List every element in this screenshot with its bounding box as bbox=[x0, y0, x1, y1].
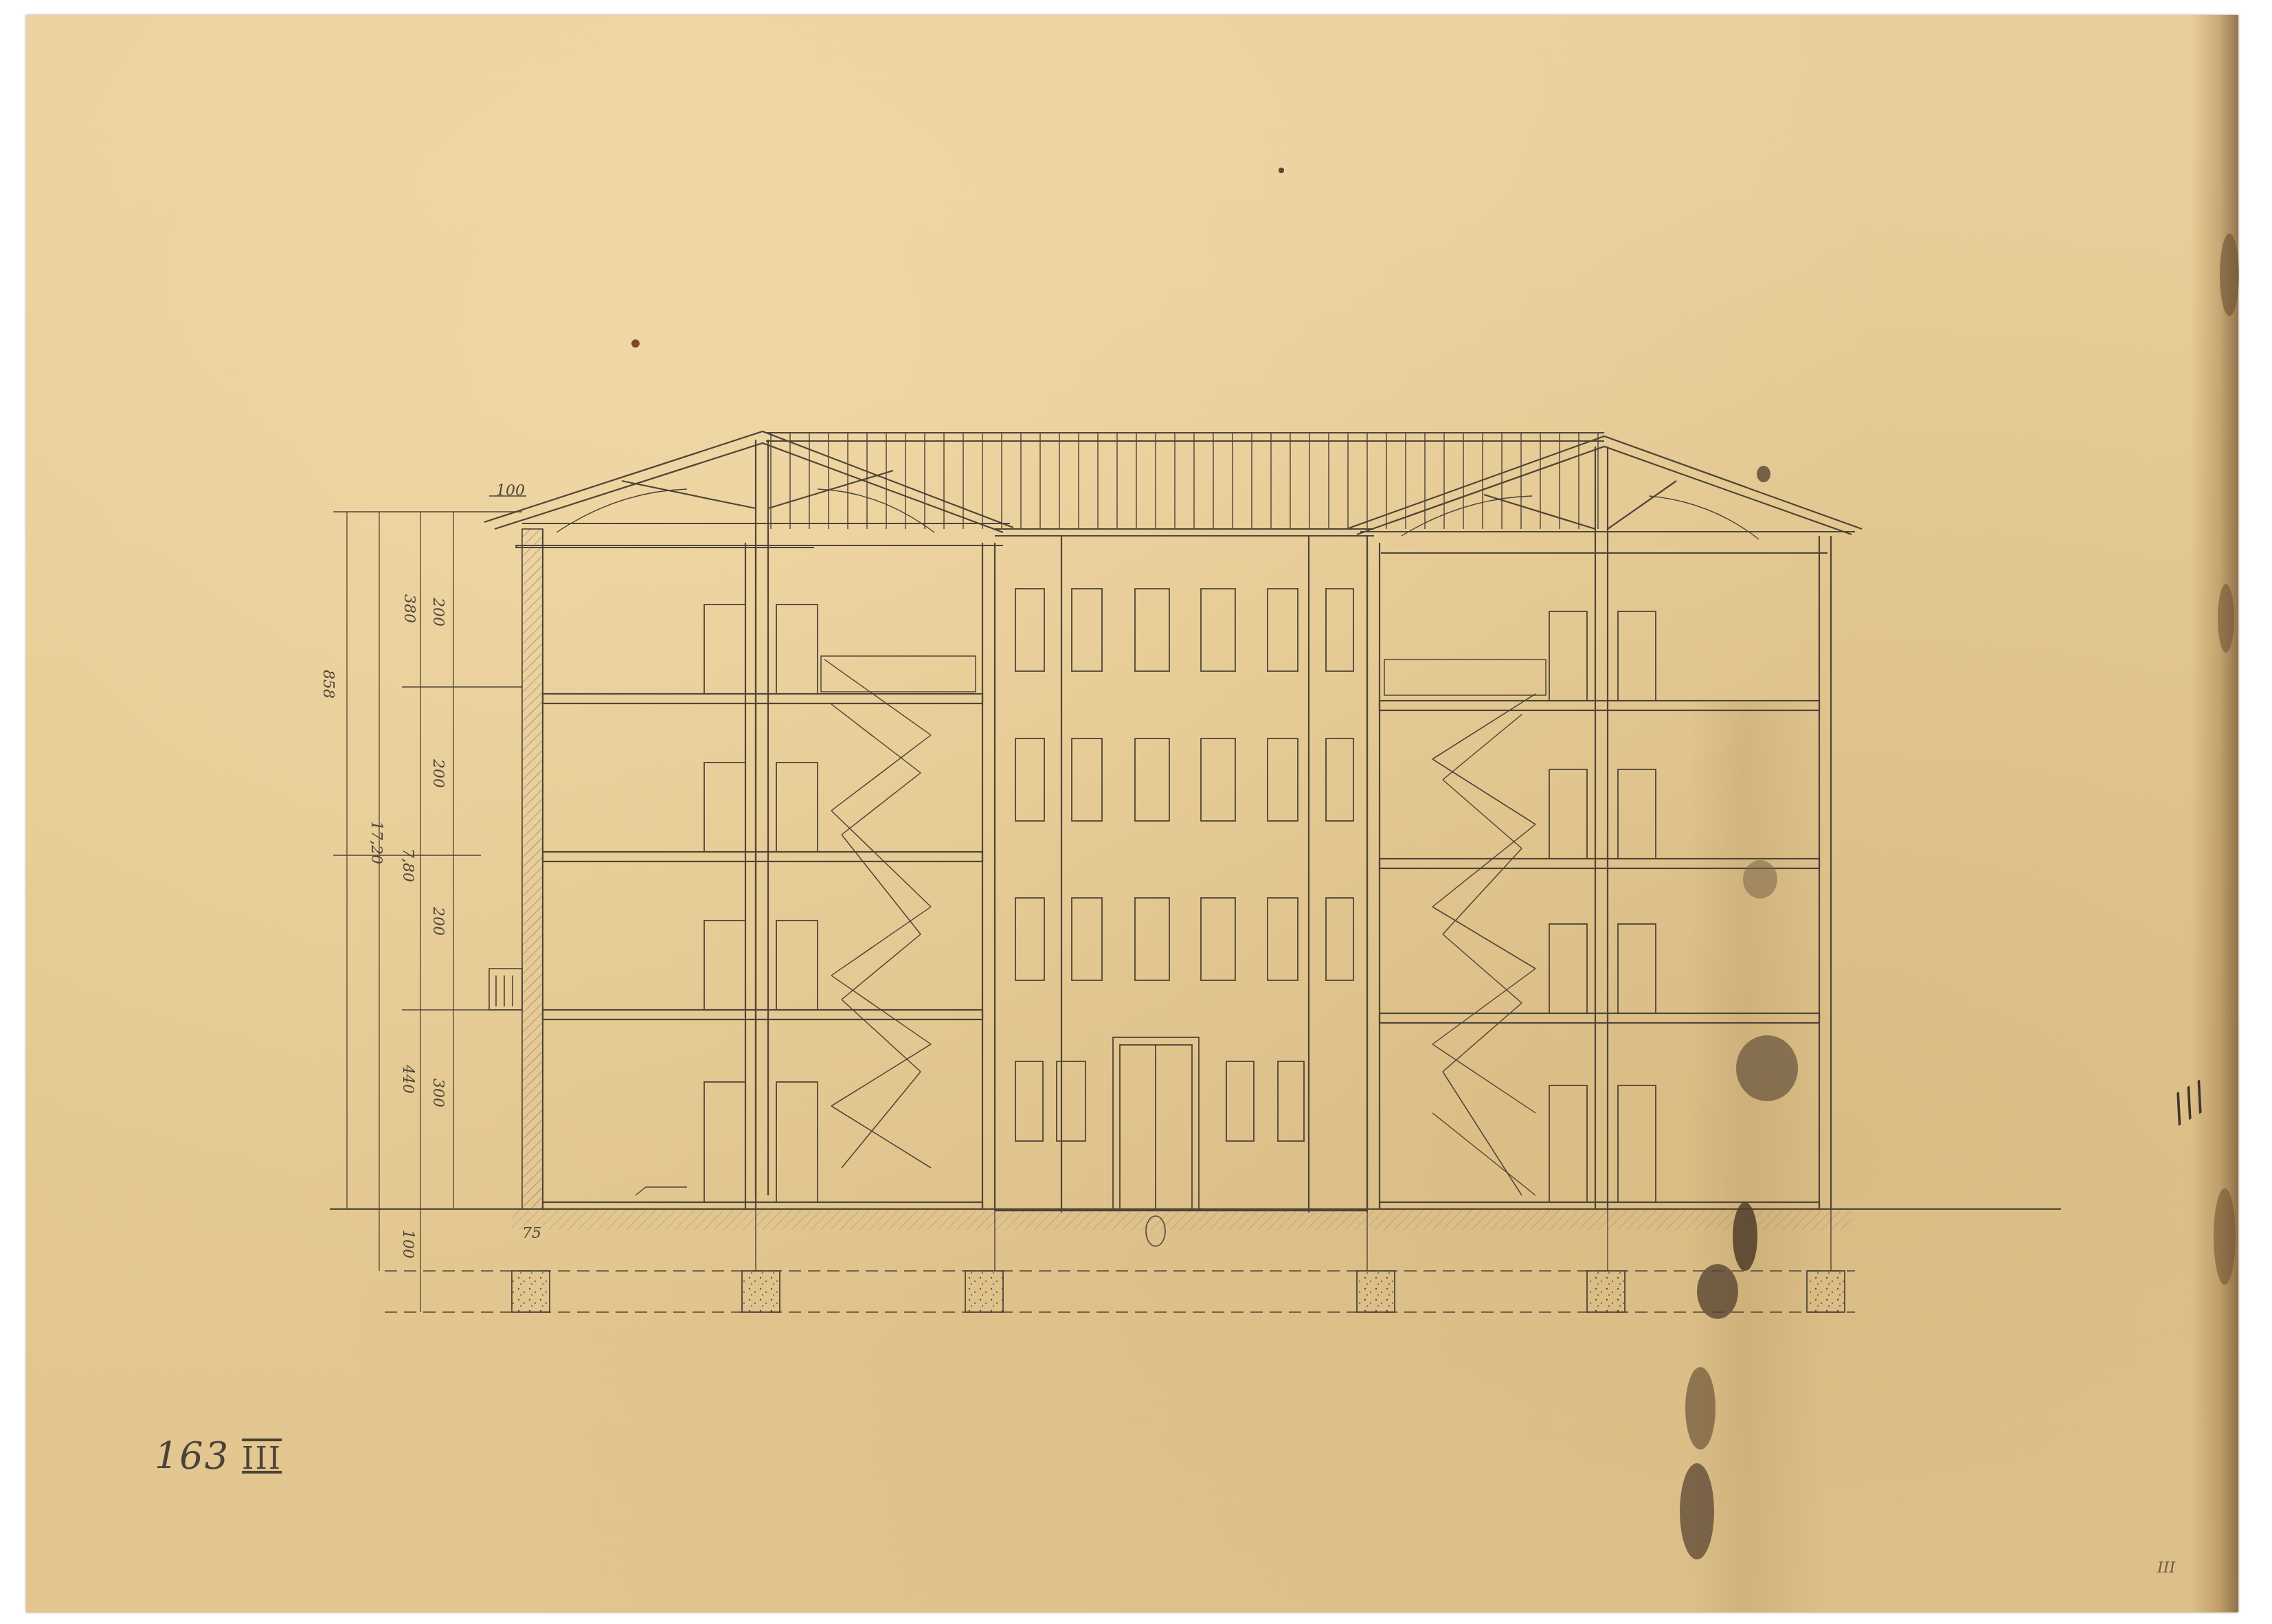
central-entry-door bbox=[1113, 1037, 1199, 1210]
right-staircase bbox=[1384, 659, 1546, 1195]
left-wing bbox=[489, 529, 995, 1209]
left-staircase bbox=[821, 656, 976, 1168]
left-balcony bbox=[489, 969, 522, 1010]
central-block bbox=[995, 529, 1374, 1246]
ground-and-foundations bbox=[330, 1209, 2061, 1312]
dim-upper-segment: 380 bbox=[401, 594, 418, 623]
dim-second-storey: 200 bbox=[429, 907, 447, 936]
dim-lower-total: 17,20 bbox=[368, 821, 385, 864]
dim-ground-storey: 440 bbox=[399, 1065, 416, 1094]
left-roof-truss bbox=[484, 431, 1013, 1195]
footings bbox=[512, 1271, 1845, 1312]
dim-foundation-depth: 75 bbox=[522, 1225, 541, 1242]
dim-ground-storey-inner: 300 bbox=[429, 1079, 447, 1107]
dim-eave-overhang: 100 bbox=[496, 482, 525, 499]
dim-foundation-footing: 100 bbox=[399, 1230, 416, 1259]
paper-stains bbox=[631, 168, 2239, 1559]
pencil-linework bbox=[330, 431, 2061, 1312]
sheet-mark: III bbox=[2157, 1559, 2175, 1577]
dim-top-storey: 200 bbox=[429, 598, 447, 627]
dim-total-height: 858 bbox=[319, 670, 337, 699]
dim-third-storey: 200 bbox=[429, 759, 447, 788]
central-windows bbox=[1015, 589, 1353, 1141]
dim-mid-total: 7,80 bbox=[399, 848, 416, 882]
catalog-number-value: 163 bbox=[155, 1434, 229, 1478]
catalog-number: 163III bbox=[155, 1434, 282, 1478]
catalog-volume: III bbox=[242, 1441, 282, 1476]
left-floor-slabs bbox=[543, 694, 982, 1209]
building-section-drawing bbox=[0, 0, 2272, 1624]
